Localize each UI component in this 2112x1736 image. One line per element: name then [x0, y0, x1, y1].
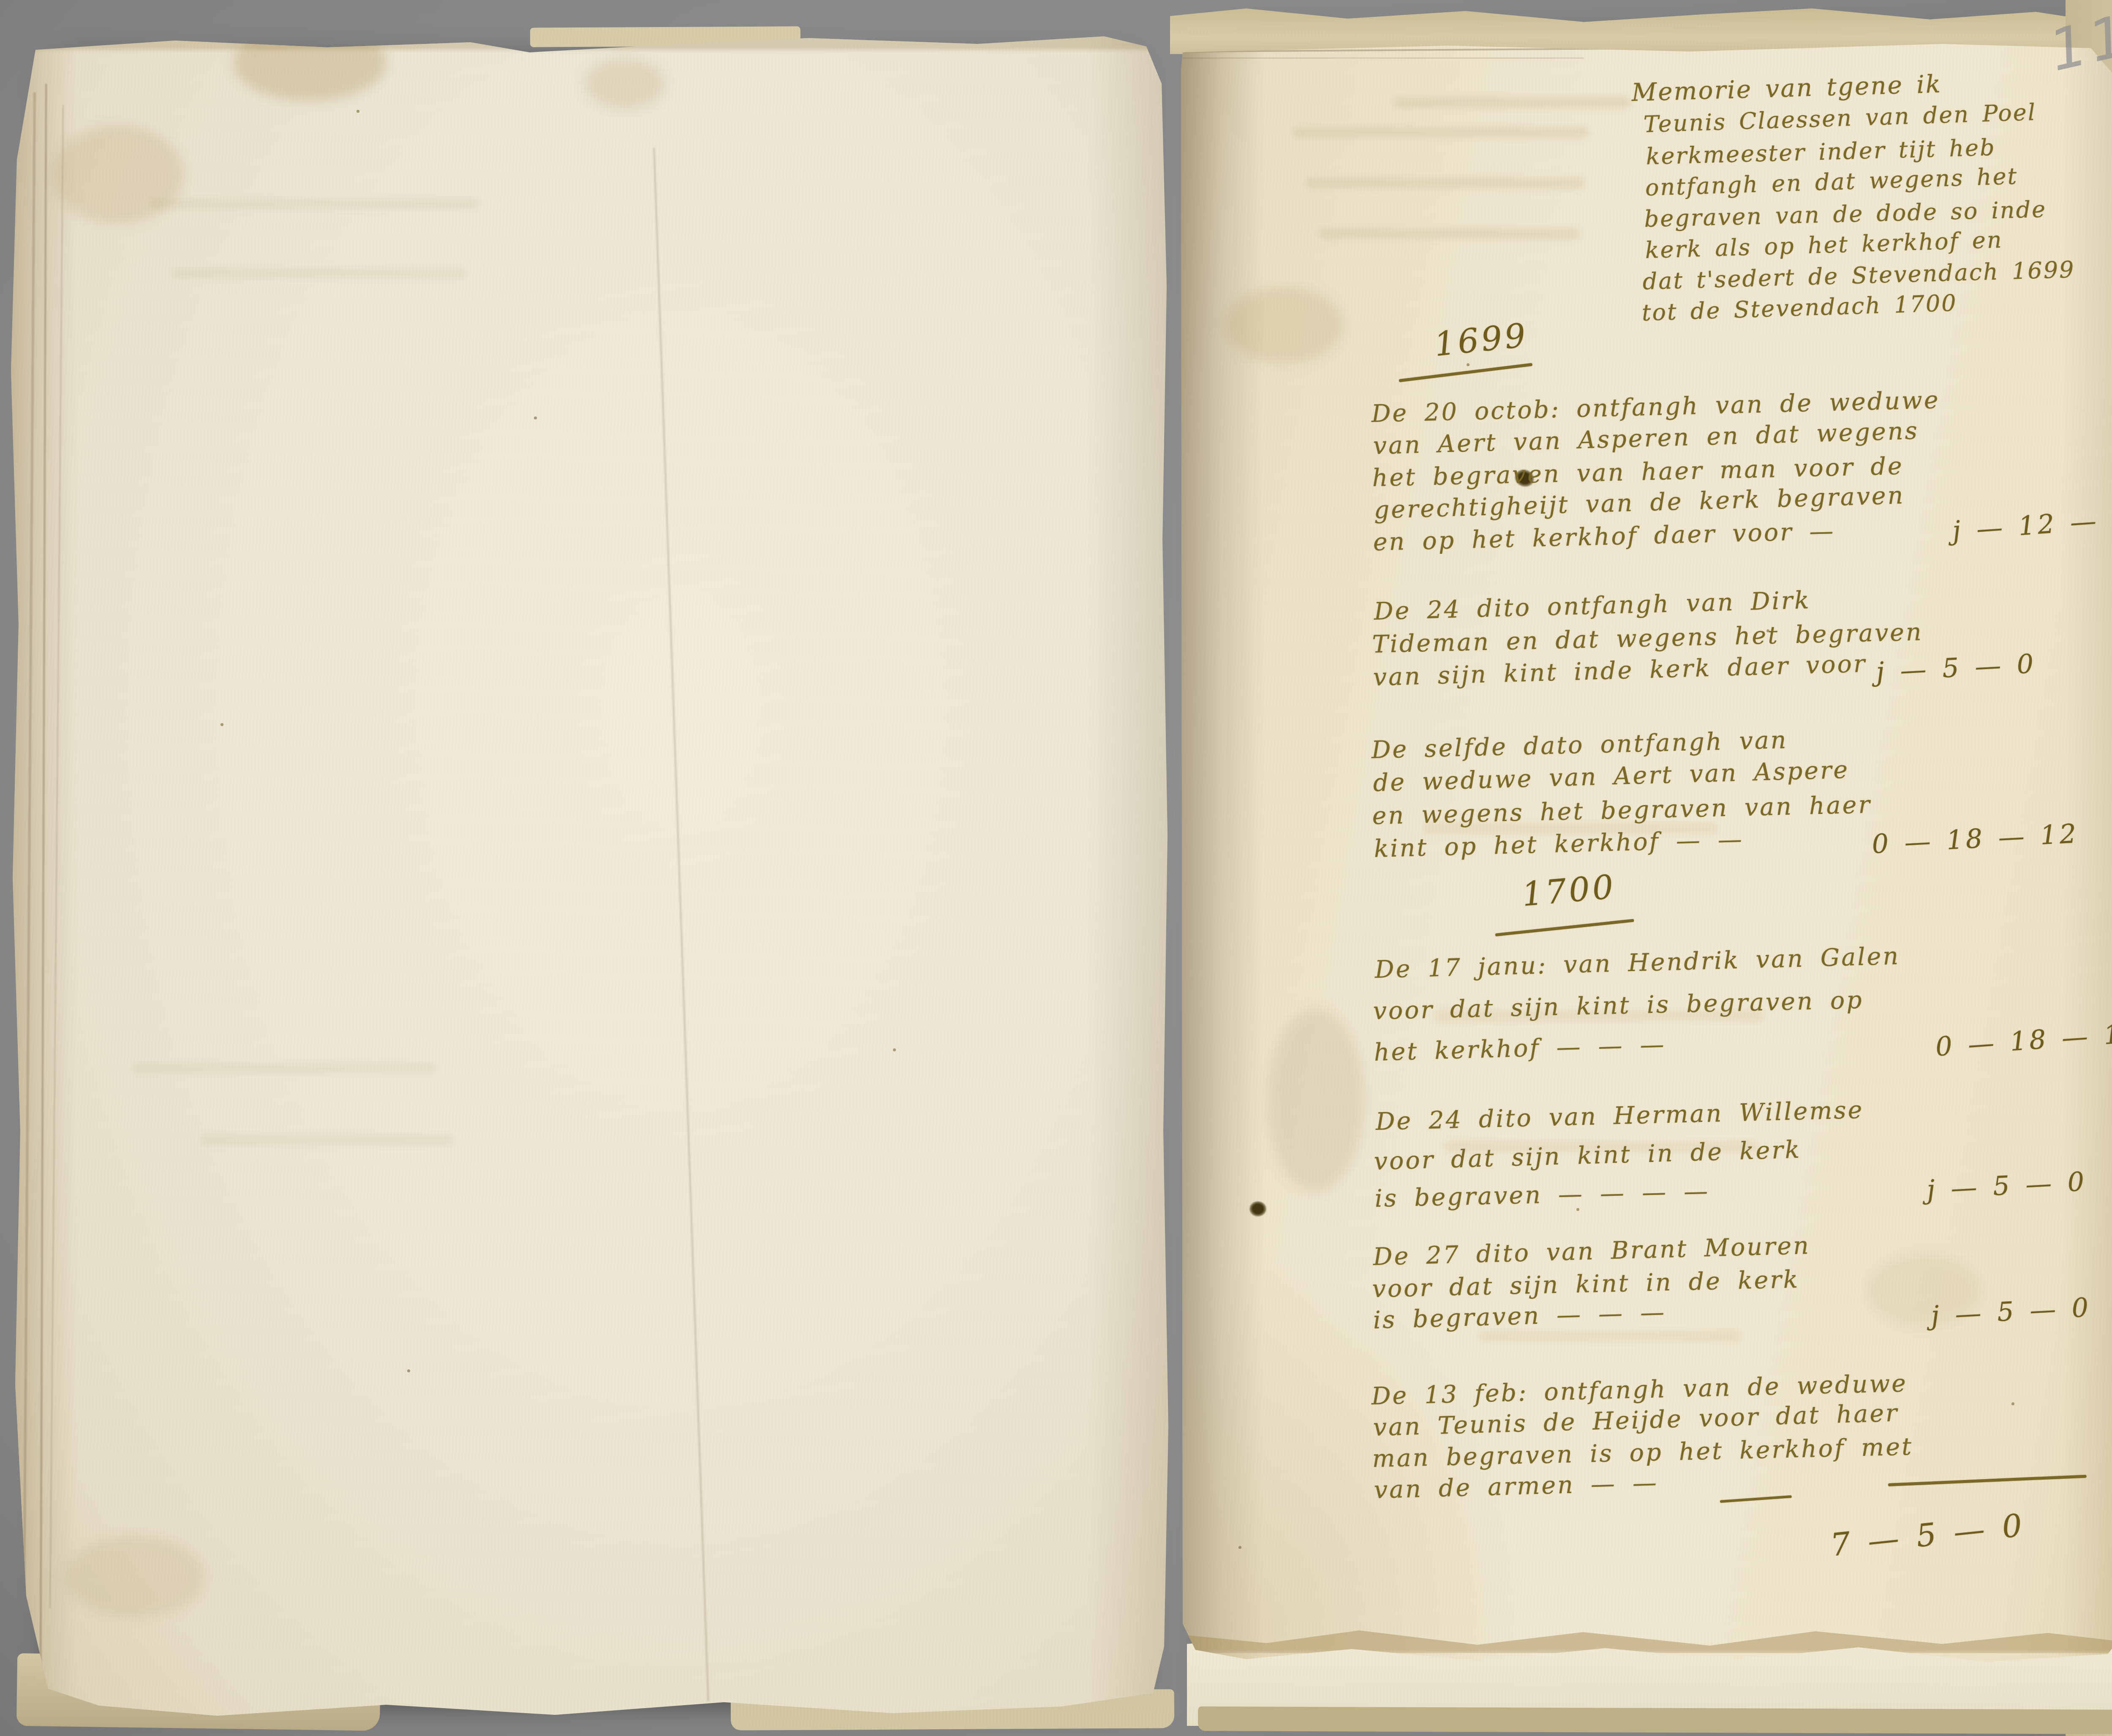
entry-amount: j — 12 — 8 — [1951, 505, 2112, 544]
entry-line: De selfde dato ontfangh van — [1371, 728, 1788, 762]
entry-line: De 24 dito van Herman Willemse — [1375, 1098, 1864, 1134]
header-line: kerkmeester inder tijt heb — [1646, 136, 1996, 168]
entry-line: kint op het kerkhof — — — [1374, 827, 1744, 861]
entry-amount: 0 — 18 — 12 — [1935, 1020, 2112, 1060]
entry-line: het kerkhof — — — — [1374, 1033, 1666, 1065]
entry-line: en wegens het begraven van haer — [1372, 793, 1872, 828]
trailing-dash — [1720, 1495, 1792, 1503]
year-underline — [1495, 919, 1634, 936]
header-line: ontfangh en dat wegens het — [1645, 165, 2018, 199]
entry-line: voor dat sijn kint in de kerk — [1372, 1268, 1800, 1301]
entry-line: van de armen — — — [1374, 1471, 1659, 1502]
entry-line: en op het kerkhof daer voor — — [1373, 519, 1835, 555]
entry-line: voor dat sijn kint is begraven op — [1373, 988, 1864, 1023]
page-number: 117 — [2044, 0, 2112, 80]
entry-line: van sijn kint inde kerk daer voor — [1373, 652, 1867, 690]
manuscript-text-layer: 117 Memorie van tgene ik Teunis Claessen… — [0, 0, 2112, 1736]
year-heading-1699: 1699 — [1433, 319, 1530, 362]
entry-line: man begraven is op het kerkhof met — [1372, 1435, 1913, 1471]
year-heading-1700: 1700 — [1521, 871, 1617, 912]
trailing-flourish — [1888, 1475, 2087, 1486]
year-underline — [1399, 363, 1532, 382]
entry-line: De 17 janu: van Hendrik van Galen — [1374, 944, 1900, 982]
entry-amount: j — 5 — 0 — [1875, 650, 2037, 685]
header-line: kerk als op het kerkhof en — [1645, 229, 2003, 262]
header-line: begraven van de dode so inde — [1644, 198, 2047, 231]
entry-line: is begraven — — — — [1373, 1301, 1666, 1333]
entry-amount: j — 5 — 0 — [1926, 1168, 2088, 1203]
total-amount: 7 — 5 — 0 — [1829, 1510, 2026, 1561]
entry-line: voor dat sijn kint in de kerk — [1374, 1138, 1802, 1174]
header-line: Teunis Claessen van den Poel — [1643, 101, 2037, 136]
entry-line: de weduwe van Aert van Aspere — [1373, 758, 1850, 795]
entry-amount: j — 5 — 0 — [1930, 1294, 2092, 1329]
entry-line: De 27 dito van Brant Mouren — [1373, 1234, 1810, 1269]
header-line: dat t'sedert de Stevendach 1699 — [1642, 258, 2075, 293]
entry-amount: 0 — 18 — 12 — [1871, 820, 2079, 857]
entry-line: is begraven — — — — — [1374, 1179, 1710, 1211]
header-line: Memorie van tgene ik — [1631, 71, 1942, 104]
manuscript-scan: 117 Memorie van tgene ik Teunis Claessen… — [0, 0, 2112, 1736]
header-line: tot de Stevendach 1700 — [1641, 292, 1957, 324]
entry-line: De 24 dito ontfangh van Dirk — [1374, 588, 1811, 624]
